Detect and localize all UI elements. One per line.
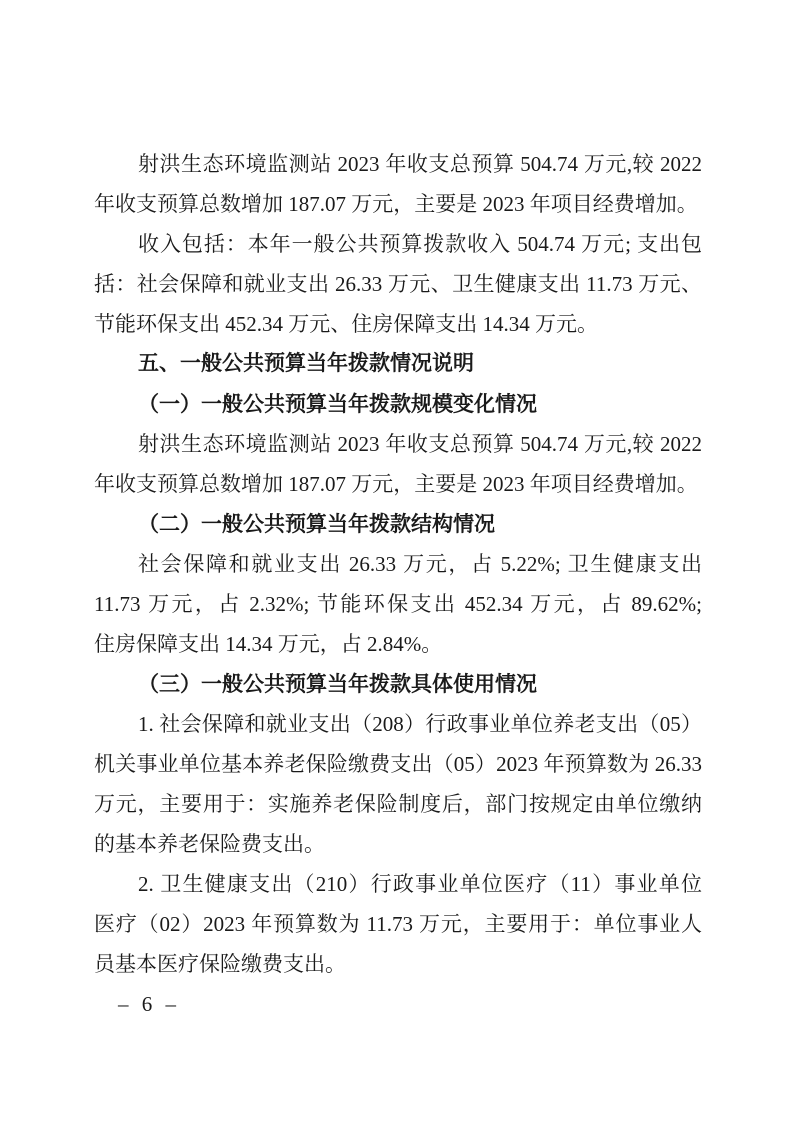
paragraph-line: 年收支预算总数增加 187.07 万元，主要是 2023 年项目经费增加。 bbox=[94, 464, 702, 504]
paragraph-line: 年收支预算总数增加 187.07 万元，主要是 2023 年项目经费增加。 bbox=[94, 184, 702, 224]
paragraph-line: 节能环保支出 452.34 万元、住房保障支出 14.34 万元。 bbox=[94, 304, 702, 344]
paragraph-line: 员基本医疗保险缴费支出。 bbox=[94, 944, 702, 984]
paragraph-line: 机关事业单位基本养老保险缴费支出（05）2023 年预算数为 26.33 bbox=[94, 744, 702, 784]
subsection-heading: （二）一般公共预算当年拨款结构情况 bbox=[94, 504, 702, 544]
paragraph-line: 11.73 万元，占 2.32%; 节能环保支出 452.34 万元，占 89.… bbox=[94, 584, 702, 624]
document-content: 射洪生态环境监测站 2023 年收支总预算 504.74 万元,较 2022 年… bbox=[94, 144, 702, 984]
paragraph-line: 万元，主要用于：实施养老保险制度后，部门按规定由单位缴纳 bbox=[94, 784, 702, 824]
paragraph-line: 括：社会保障和就业支出 26.33 万元、卫生健康支出 11.73 万元、 bbox=[94, 264, 702, 304]
paragraph-line: 射洪生态环境监测站 2023 年收支总预算 504.74 万元,较 2022 bbox=[94, 424, 702, 464]
paragraph-line: 射洪生态环境监测站 2023 年收支总预算 504.74 万元,较 2022 bbox=[94, 144, 702, 184]
subsection-heading: （三）一般公共预算当年拨款具体使用情况 bbox=[94, 664, 702, 704]
paragraph-line: 收入包括：本年一般公共预算拨款收入 504.74 万元; 支出包 bbox=[94, 224, 702, 264]
subsection-heading: （一）一般公共预算当年拨款规模变化情况 bbox=[94, 384, 702, 424]
paragraph-line: 医疗（02）2023 年预算数为 11.73 万元，主要用于：单位事业人 bbox=[94, 904, 702, 944]
paragraph-line: 社会保障和就业支出 26.33 万元，占 5.22%; 卫生健康支出 bbox=[94, 544, 702, 584]
paragraph-line: 1. 社会保障和就业支出（208）行政事业单位养老支出（05） bbox=[94, 704, 702, 744]
page-number: – 6 – bbox=[118, 984, 180, 1024]
document-page: 射洪生态环境监测站 2023 年收支总预算 504.74 万元,较 2022 年… bbox=[0, 0, 793, 1122]
paragraph-line: 2. 卫生健康支出（210）行政事业单位医疗（11）事业单位 bbox=[94, 864, 702, 904]
paragraph-line: 住房保障支出 14.34 万元，占 2.84%。 bbox=[94, 624, 702, 664]
section-heading: 五、一般公共预算当年拨款情况说明 bbox=[94, 344, 702, 384]
paragraph-line: 的基本养老保险费支出。 bbox=[94, 824, 702, 864]
